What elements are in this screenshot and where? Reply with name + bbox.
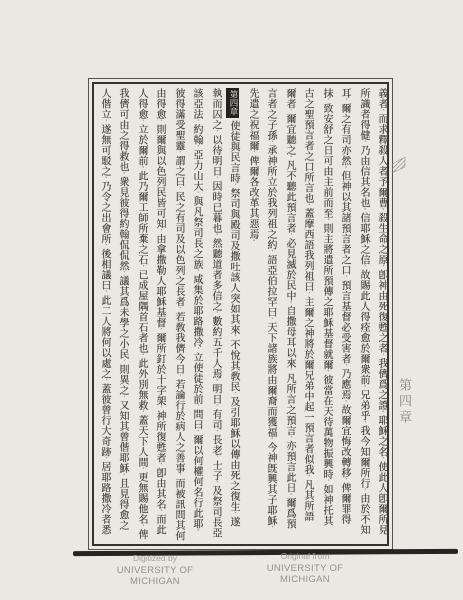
watermark-line: Digitized by: [95, 553, 215, 563]
chapter-marker-box: 第四章: [226, 88, 239, 118]
text-column: 該亞法、約翰、亞力山大，與凡祭司長之族，咸集於耶路撒冷，立使徒於前，問曰、爾以何…: [187, 88, 205, 542]
page-scan: 義者，而求釋殺人者予爾曹。殺生命之原，卽神由死復甦之者，我儕爲之證。耶穌之名，使…: [0, 0, 463, 600]
text-column: 執而囚之，以待明日，因時已暮也。然聽道者多信之，數約五千人焉。明日、有司、長老、…: [206, 88, 224, 542]
text-column: 言者之子孫，承神所立於我列祖之約，語亞伯拉罕曰、天下諸族將由爾裔而獲福。今神旣興…: [261, 88, 279, 542]
text-column: 所識者得健，乃由信其名也。信耶穌之信，故賜此人得痊愈於爾衆前。兄弟乎、我今知爾所…: [354, 88, 372, 542]
text-column: 人得愈，立於爾前。此乃爾工師所棄之石，已成屋隅首石者也。此外別無救，蓋天下人間，…: [132, 88, 150, 542]
text-column: 抹，致安舒之日可由主前而至，則主將遣所預傳之耶穌基督就爾。彼當在天待萬物振興時，…: [317, 88, 335, 542]
text-column: 彼得滿受聖靈，謂之曰、民之有司及以色列之長者，若敎我儕今日，若論行於病人之善事，…: [169, 88, 187, 542]
text-column: 義者，而求釋殺人者予爾曹。殺生命之原，卽神由死復甦之者，我儕爲之證。耶穌之名，使…: [372, 88, 390, 542]
watermark-line: UNIVERSITY OF MICHIGAN: [95, 565, 215, 587]
text-column: 由得愈，則爾與以色列民皆可知，由拿撒勒人耶穌基督，爾所釘於十字架，神所復甦者，卽…: [150, 88, 168, 542]
text-column: 第四章使徒與民言時，祭司與殿司及撒吐該人突如其來，不悅其敎民，及引耶穌以傳由死之…: [224, 88, 242, 542]
watermark-digitized-by: Digitized by UNIVERSITY OF MICHIGAN: [95, 553, 215, 587]
text-column: 我儕可由之得救也。衆見彼得約翰侃侃然，議其爲未學之小民，則異之，又知其曾偕耶穌。…: [113, 88, 131, 542]
margin-chapter-label: 第四章: [397, 378, 413, 438]
watermark-original-from: Original from UNIVERSITY OF MICHIGAN: [245, 551, 365, 585]
text-column: 先遣之祝福爾，俾爾各改革其惡焉。: [243, 88, 261, 542]
text-column: 耳，爾之有司亦然。但神以其諸預言者之口，預言基督必受害者，乃應焉。故爾宜悔改轉移…: [335, 88, 353, 542]
text-column: 古之聖預言者之口所言也。蓋摩西語我列祖曰、主爾之神將於爾兄弟中起一預言者似我，凡…: [298, 88, 316, 542]
pencil-hatch-mark: [392, 156, 407, 176]
text-column: 爾者，爾宜聽之。凡不聽此預言者，必見滅於民中。自撒母耳以來，凡所言之預言，亦預言…: [280, 88, 298, 542]
watermark-line: Original from: [245, 551, 365, 561]
watermark-line: UNIVERSITY OF MICHIGAN: [245, 563, 365, 585]
text-column: 人偕立，遂無可駁之。乃令之出會所，後相議曰、此二人將何以處之，蓋彼曾行大奇跡，居…: [95, 88, 113, 542]
